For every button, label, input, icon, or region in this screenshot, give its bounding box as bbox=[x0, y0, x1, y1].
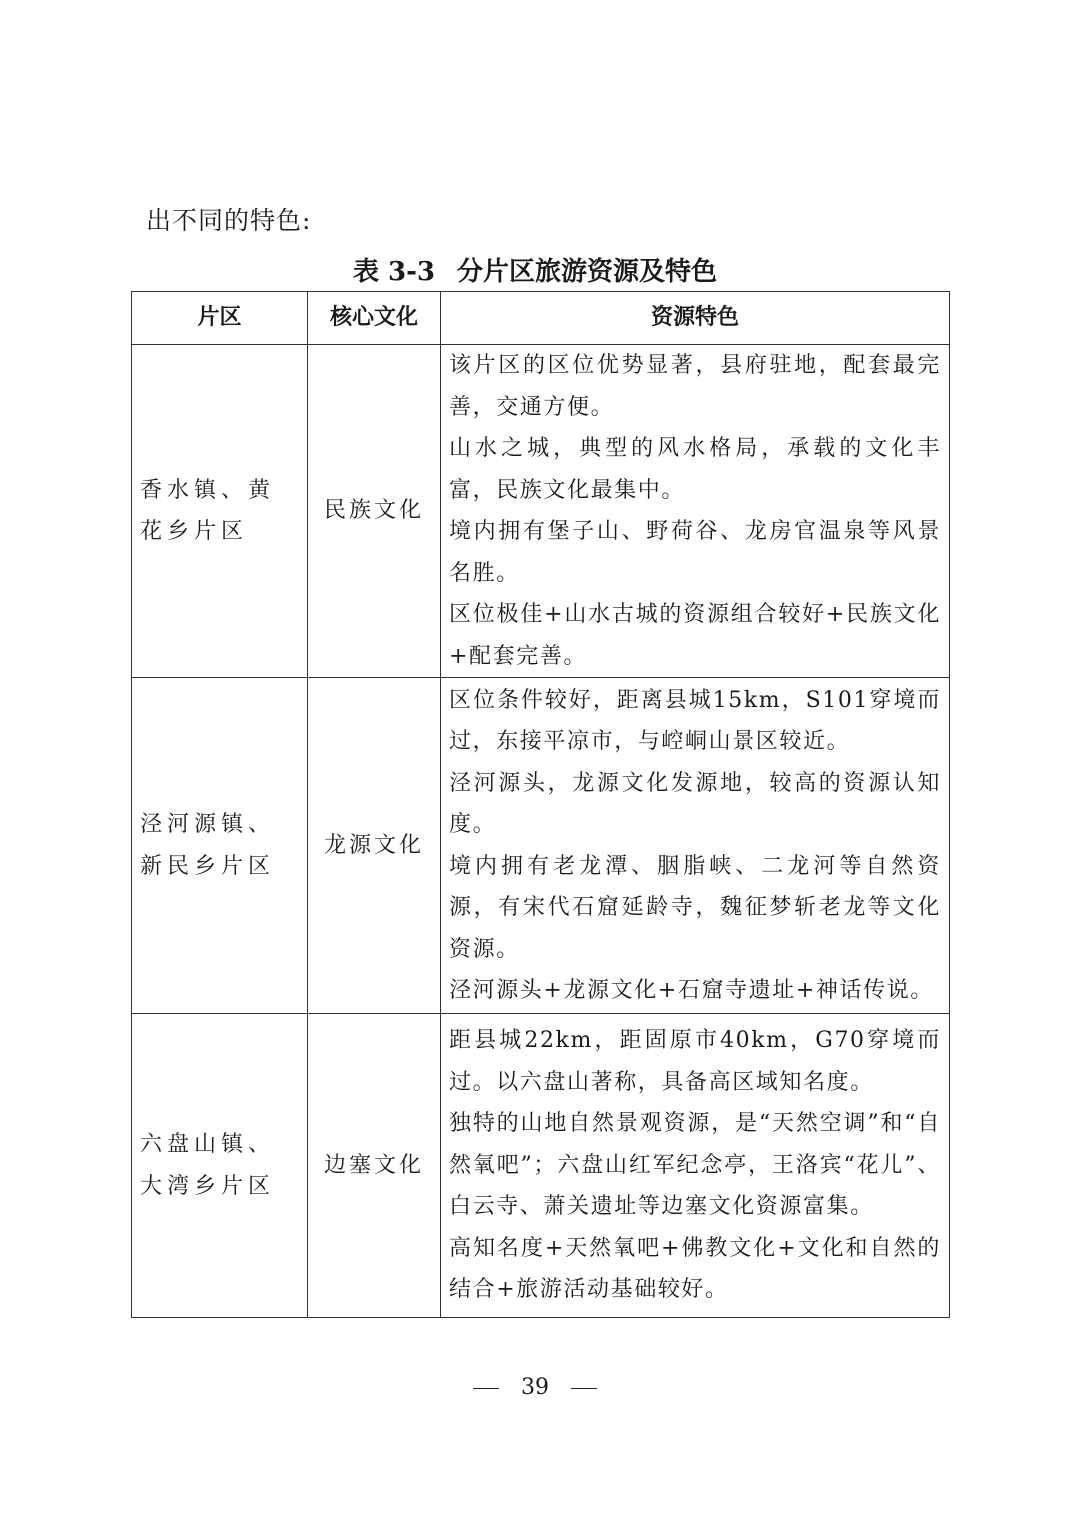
feature-line: 独特的山地自然景观资源，是“天然空调”和“自然氧吧”；六盘山红军纪念亭，王洛宾“… bbox=[449, 1103, 941, 1228]
table-caption-number: 表 3-3 bbox=[353, 257, 435, 287]
feature-line: 区位极佳+山水古城的资源组合较好+民族文化+配套完善。 bbox=[449, 594, 941, 677]
table-row: 香水镇、黄花乡片区 民族文化 该片区的区位优势显著，县府驻地，配套最完善，交通方… bbox=[132, 345, 950, 678]
culture-cell: 边塞文化 bbox=[308, 1014, 441, 1318]
feature-line: 山水之城，典型的风水格局，承载的文化丰富，民族文化最集中。 bbox=[449, 428, 941, 511]
table-caption-title: 分片区旅游资源及特色 bbox=[457, 257, 717, 287]
feature-line: 境内拥有堡子山、野荷谷、龙房官温泉等风景名胜。 bbox=[449, 511, 941, 594]
dash-right bbox=[571, 1388, 597, 1389]
feature-line: 距县城22km，距固原市40km，G70穿境而过。以六盘山著称，具备高区域知名度… bbox=[449, 1020, 941, 1103]
culture-cell: 龙源文化 bbox=[308, 678, 441, 1014]
header-region: 片区 bbox=[132, 292, 308, 345]
feature-line: 泾河源头，龙源文化发源地，较高的资源认知度。 bbox=[449, 763, 941, 846]
feature-line: 泾河源头+龙源文化+石窟寺遗址+神话传说。 bbox=[449, 970, 941, 1012]
page-number: 39 bbox=[521, 1375, 549, 1400]
feature-line: 区位条件较好，距离县城15km，S101穿境而过，东接平凉市，与崆峒山景区较近。 bbox=[449, 680, 941, 763]
tourism-resources-table: 片区 核心文化 资源特色 香水镇、黄花乡片区 民族文化 该片区的区位优势显著，县… bbox=[131, 291, 950, 1318]
features-cell: 区位条件较好，距离县城15km，S101穿境而过，东接平凉市，与崆峒山景区较近。… bbox=[441, 678, 950, 1014]
table-caption: 表 3-3分片区旅游资源及特色 bbox=[0, 252, 1070, 292]
intro-paragraph: 出不同的特色: bbox=[146, 201, 311, 241]
page-number-footer: 39 bbox=[0, 1373, 1070, 1403]
table-header-row: 片区 核心文化 资源特色 bbox=[132, 292, 950, 345]
header-resource-features: 资源特色 bbox=[441, 292, 950, 345]
culture-cell: 民族文化 bbox=[308, 345, 441, 678]
feature-line: 高知名度+天然氧吧+佛教文化+文化和自然的结合+旅游活动基础较好。 bbox=[449, 1228, 941, 1311]
feature-line: 该片区的区位优势显著，县府驻地，配套最完善，交通方便。 bbox=[449, 345, 941, 428]
table-row: 六盘山镇、大湾乡片区 边塞文化 距县城22km，距固原市40km，G70穿境而过… bbox=[132, 1014, 950, 1318]
region-cell: 香水镇、黄花乡片区 bbox=[132, 345, 308, 678]
region-cell: 六盘山镇、大湾乡片区 bbox=[132, 1014, 308, 1318]
table-row: 泾河源镇、新民乡片区 龙源文化 区位条件较好，距离县城15km，S101穿境而过… bbox=[132, 678, 950, 1014]
region-cell: 泾河源镇、新民乡片区 bbox=[132, 678, 308, 1014]
features-cell: 距县城22km，距固原市40km，G70穿境而过。以六盘山著称，具备高区域知名度… bbox=[441, 1014, 950, 1318]
header-core-culture: 核心文化 bbox=[308, 292, 441, 345]
feature-line: 境内拥有老龙潭、胭脂峡、二龙河等自然资源，有宋代石窟延龄寺，魏征梦斩老龙等文化资… bbox=[449, 846, 941, 971]
features-cell: 该片区的区位优势显著，县府驻地，配套最完善，交通方便。 山水之城，典型的风水格局… bbox=[441, 345, 950, 678]
dash-left bbox=[473, 1388, 499, 1389]
